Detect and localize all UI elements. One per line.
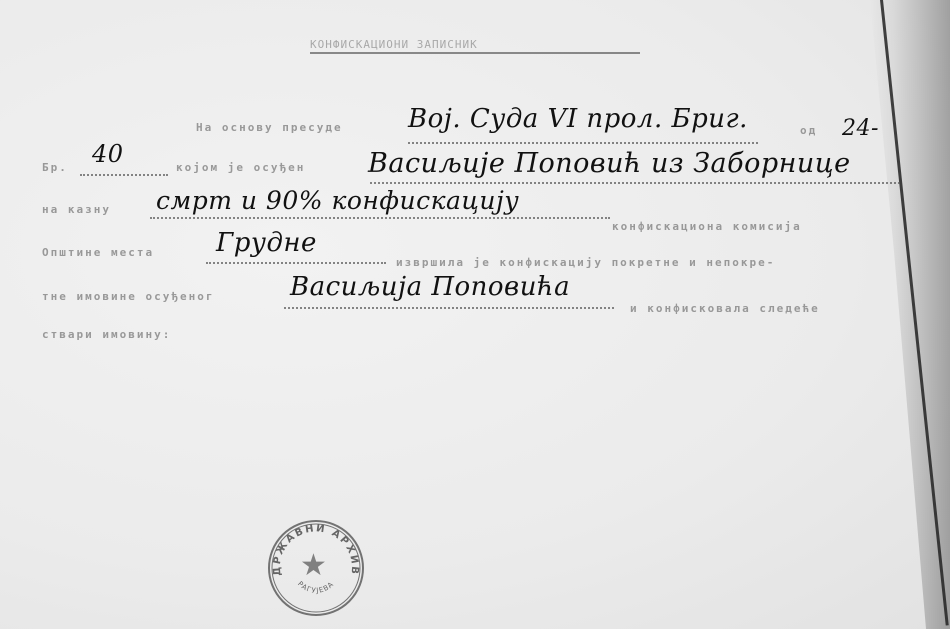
handwritten-sentence: смрт и 90% конфискацију xyxy=(156,186,519,215)
fill-line xyxy=(284,305,614,309)
handwritten-number: 40 xyxy=(92,140,124,168)
fill-line xyxy=(150,215,610,219)
handwritten-place: Грудне xyxy=(216,228,317,258)
typed-text: извршила је конфискацију покретне и непо… xyxy=(396,256,775,269)
typed-text: Општине места xyxy=(42,246,154,259)
typed-text: којом је осуђен xyxy=(176,161,305,174)
typed-text: тне имовине осуђеног xyxy=(42,290,214,303)
typed-text: конфискациона комисија xyxy=(612,220,802,233)
fill-line xyxy=(408,140,758,144)
star-icon: ★ xyxy=(300,548,327,583)
typed-text: Бр. xyxy=(42,161,68,174)
typed-text: на казну xyxy=(42,203,111,216)
handwritten-date: 24- xyxy=(842,116,879,141)
handwritten-name-genitive: Васиљија Поповића xyxy=(290,272,570,302)
archive-stamp: ДРЖАВНИ АРХИВ КРАГУЈЕВАЦ ★ xyxy=(268,520,364,616)
typed-text: и конфисковала следеће xyxy=(630,302,820,315)
typed-text: На основу пресуде xyxy=(196,121,343,134)
heading-underline xyxy=(310,52,640,54)
handwritten-court: Воj. Суда VI прол. Бриг. xyxy=(408,104,748,134)
typed-text: ствари имовину: xyxy=(42,328,171,341)
fill-line xyxy=(80,172,168,176)
fill-line xyxy=(206,260,386,264)
typed-text: од xyxy=(800,124,817,137)
document-heading: КОНФИСКАЦИОНИ ЗАПИСНИК xyxy=(310,38,640,50)
fill-line xyxy=(370,180,900,184)
handwritten-name: Васиљије Поповић из Заборнице xyxy=(368,148,851,179)
